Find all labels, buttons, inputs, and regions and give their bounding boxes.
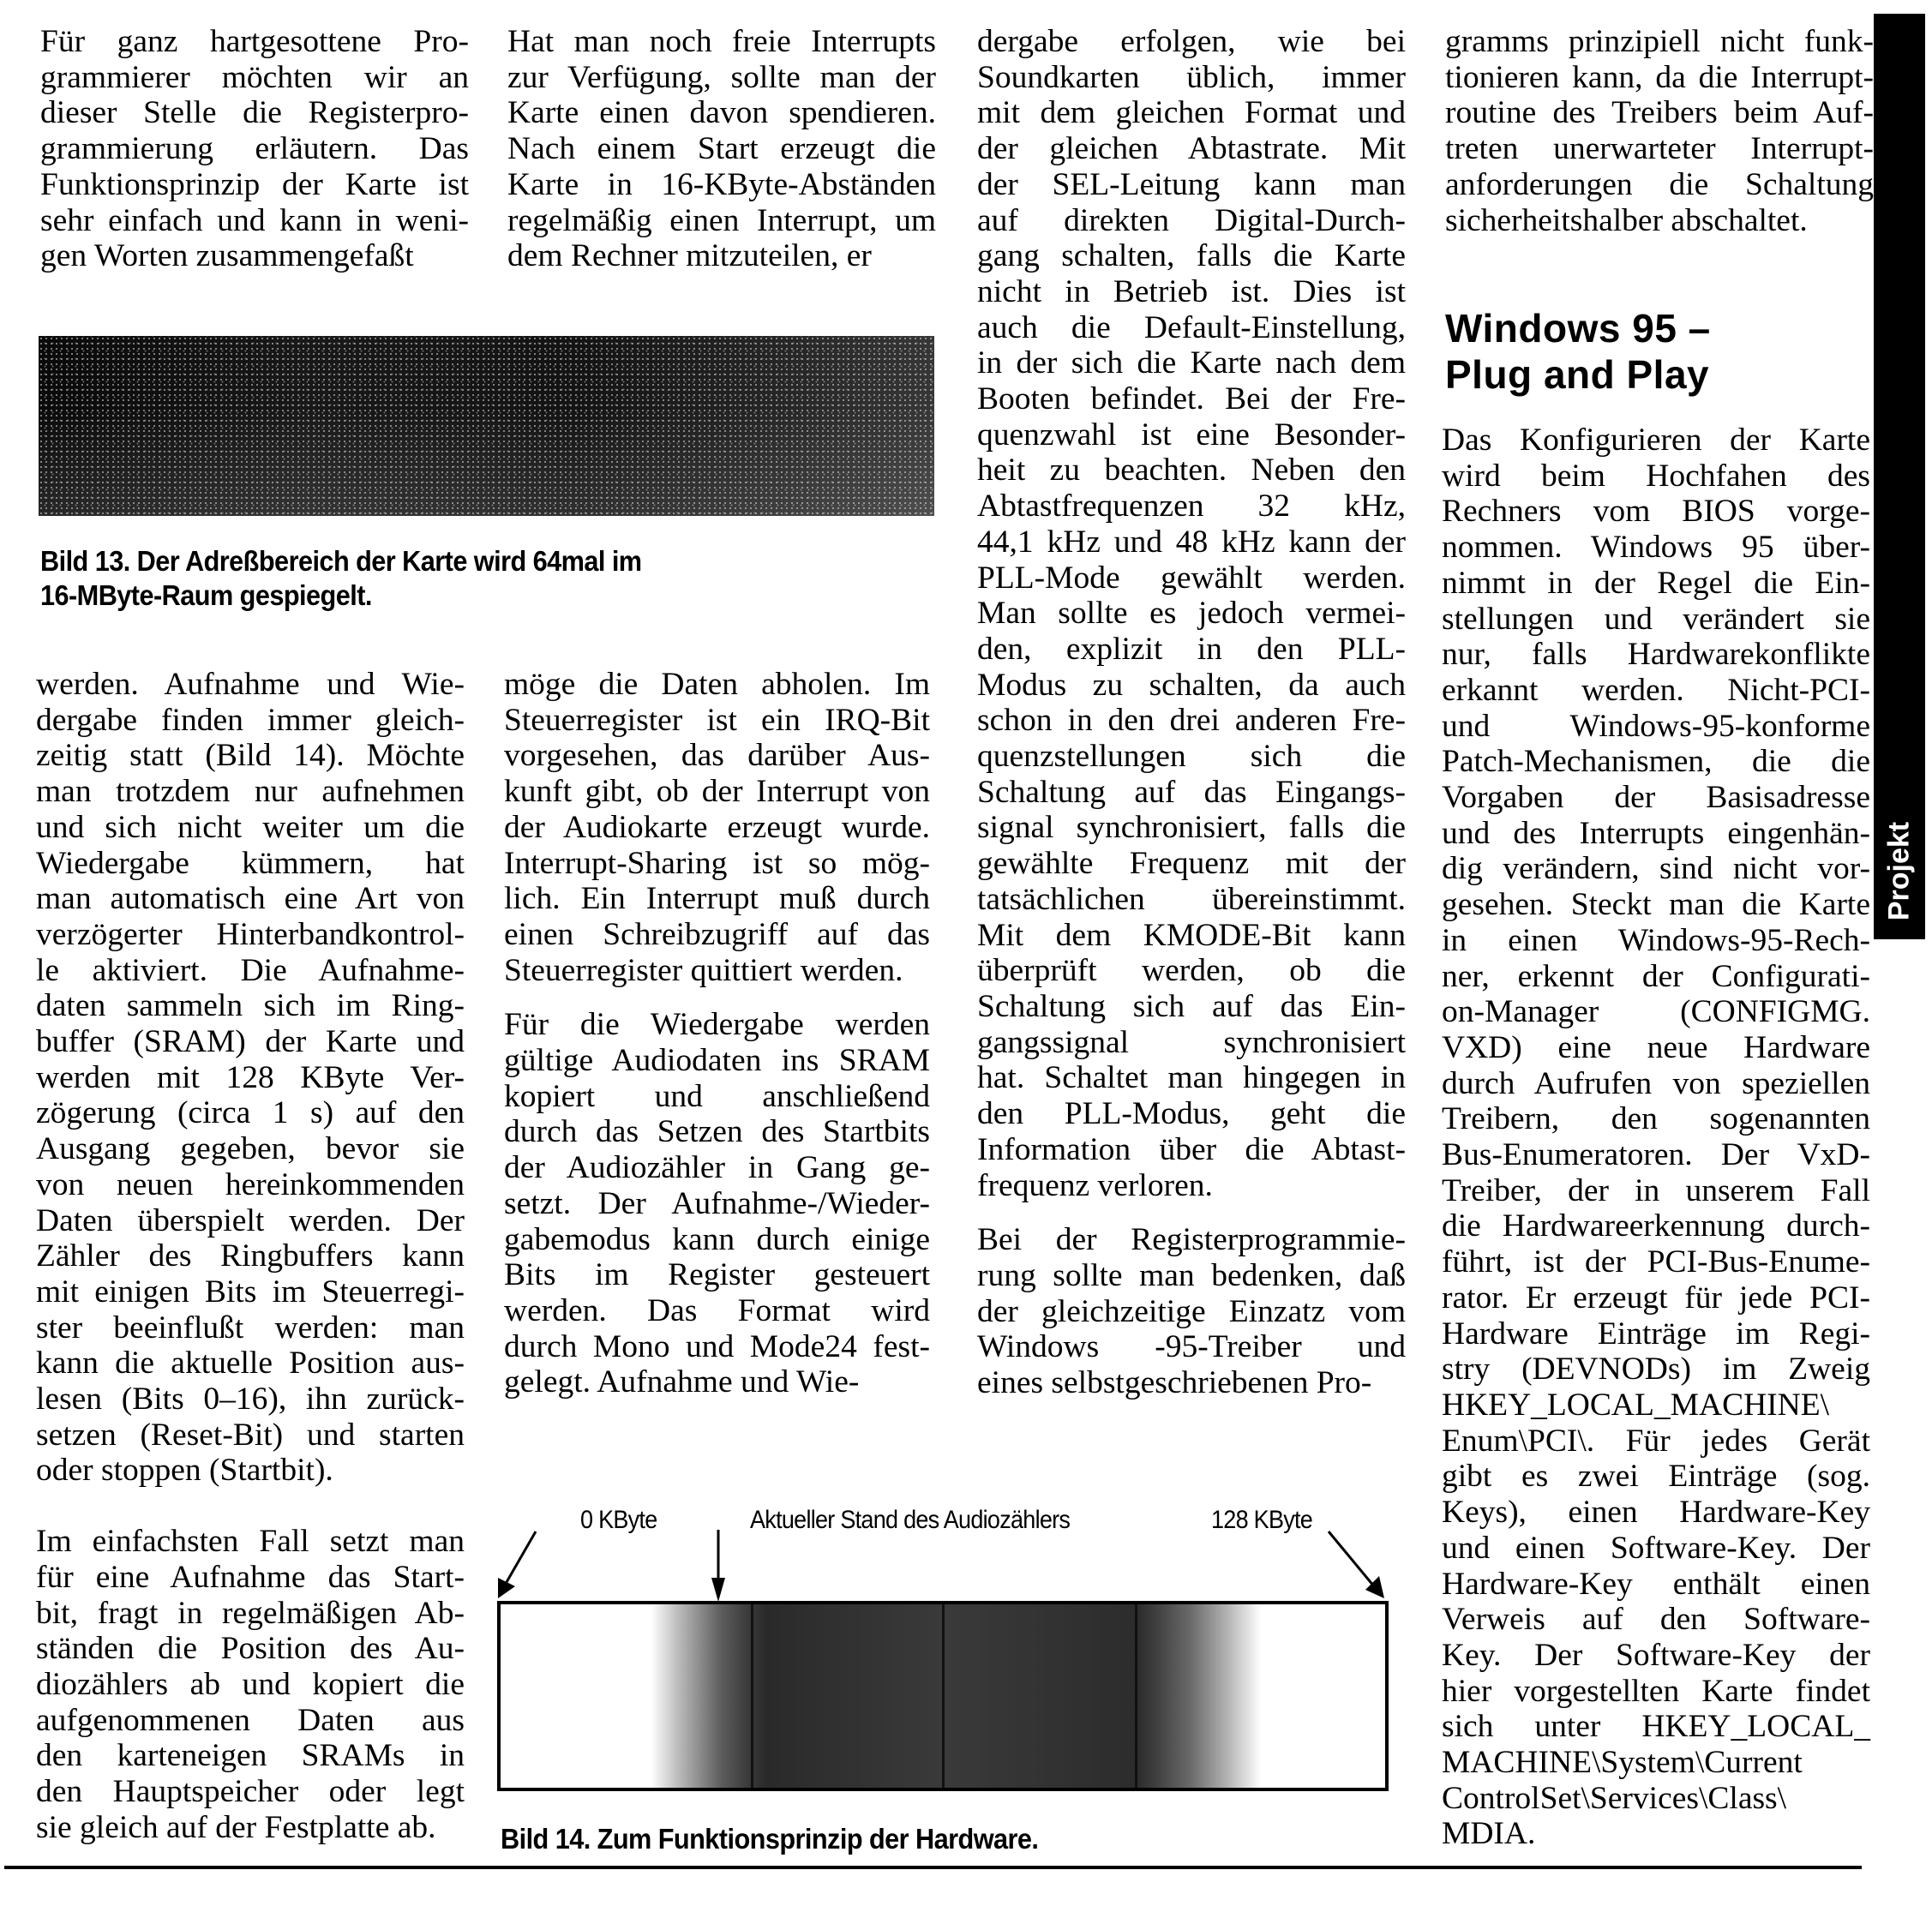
text-line: PLL-Mode gewählt werden. [977, 560, 1406, 596]
text-line: Schaltung sich auf das Ein- [977, 989, 1406, 1025]
text-line: verzögerter Hinterbandkontrol- [36, 917, 465, 953]
column-2-top-text: Hat man noch freie Interruptszur Verfügu… [507, 24, 936, 274]
text-line: Schaltung auf das Eingangs- [977, 775, 1406, 811]
section-heading: Windows 95 – Plug and Play [1445, 305, 1711, 398]
text-line: eines selbstgeschriebenen Pro- [977, 1365, 1406, 1401]
text-line: rator. Er erzeugt für jede PCI- [1442, 1280, 1870, 1316]
text-line: setzt. Der Aufnahme-/Wieder- [504, 1186, 930, 1222]
text-line: 44,1 kHz und 48 kHz kann der [977, 524, 1406, 560]
text-line: Soundkarten üblich, immer [977, 60, 1406, 96]
text-line: ControlSet\Services\Class\ [1442, 1781, 1870, 1817]
text-line: schon in den drei anderen Fre- [977, 703, 1406, 739]
text-line: Hardware Einträge im Regi- [1442, 1316, 1870, 1352]
text-line: sicherheitshalber abschaltet. [1445, 203, 1874, 239]
paragraph: Für die Wiedergabe werdengültige Audioda… [504, 1007, 930, 1400]
text-line: Patch-Mechanismen, die die [1442, 744, 1870, 780]
text-line: diozählers ab und kopiert die [36, 1667, 465, 1703]
text-line: hat. Schaltet man hingegen in [977, 1060, 1406, 1096]
text-line: gültige Audiodaten ins SRAM [504, 1043, 930, 1079]
text-line: Rechners vom BIOS vorge- [1442, 494, 1870, 530]
text-line: auch die Default-Einstellung, [977, 310, 1406, 346]
section-heading-line-2: Plug and Play [1445, 351, 1711, 398]
text-line: Wiedergabe kümmern, hat [36, 846, 465, 882]
text-line: von neuen hereinkommenden [36, 1167, 465, 1203]
text-line: gangssignal synchronisiert [977, 1025, 1406, 1061]
column-4-bottom-text: Das Konfigurieren der Kartewird beim Hoc… [1442, 423, 1870, 1852]
text-line: ner, erkennt der Configurati- [1442, 959, 1870, 995]
text-line: Ausgang gegeben, bevor sie [36, 1131, 465, 1167]
column-3-text: dergabe erfolgen, wie beiSoundkarten übl… [977, 24, 1406, 1401]
text-line: sie gleich auf der Festplatte ab. [36, 1810, 465, 1846]
text-line: Nach einem Start erzeugt die [507, 131, 936, 167]
text-line: in der sich die Karte nach dem [977, 345, 1406, 381]
text-line: Enum\PCI\. Für jedes Gerät [1442, 1424, 1870, 1459]
text-line: gewählte Frequenz mit der [977, 846, 1406, 882]
text-line: zögerung (circa 1 s) auf den [36, 1095, 465, 1131]
text-line: Daten überspielt werden. Der [36, 1203, 465, 1239]
figure-13-caption-line-1: Bild 13. Der Adreßbereich der Karte wird… [40, 544, 642, 578]
text-line: werden. Aufnahme und Wie- [36, 667, 465, 703]
text-line: vorgesehen, das darüber Aus- [504, 738, 930, 774]
text-line: gramms prinzipiell nicht funk- [1445, 24, 1874, 60]
text-line: nur, falls Hardwarekonflikte [1442, 637, 1870, 673]
section-tab-label: Projekt [1883, 816, 1917, 927]
text-line: dig verändern, sind nicht vor- [1442, 851, 1870, 887]
text-line: und des Interrupts eingenhän- [1442, 816, 1870, 852]
text-line: treten unerwarteter Interrupt- [1445, 131, 1874, 167]
text-line: sehr einfach und kann in weni- [40, 203, 469, 239]
text-line: für eine Aufnahme das Start- [36, 1560, 465, 1596]
text-line: buffer (SRAM) der Karte und [36, 1024, 465, 1060]
text-line: Abtastfrequenzen 32 kHz, [977, 488, 1406, 524]
text-line: gabemodus kann durch einige [504, 1222, 930, 1258]
column-4-top-text: gramms prinzipiell nicht funk-tionieren … [1445, 24, 1874, 238]
text-line: quenzwahl ist eine Besonder- [977, 417, 1406, 453]
text-line: man trotzdem nur aufnehmen [36, 774, 465, 810]
text-line: VXD) eine neue Hardware [1442, 1030, 1870, 1066]
text-line: stry (DEVNODs) im Zweig [1442, 1352, 1870, 1388]
segment-divider [942, 1604, 945, 1788]
paragraph: möge die Daten abholen. ImSteuerregister… [504, 667, 930, 988]
text-line: Man sollte es jedoch vermei- [977, 596, 1406, 632]
text-line: Booten befindet. Bei der Fre- [977, 381, 1406, 417]
text-line: quenzstellungen sich die [977, 739, 1406, 775]
text-line: durch Mono und Mode24 fest- [504, 1329, 930, 1365]
ring-buffer-bar [497, 1601, 1389, 1791]
text-line: in einen Windows-95-Rech- [1442, 923, 1870, 959]
section-heading-line-1: Windows 95 – [1445, 305, 1711, 351]
text-line: Vorgaben der Basisadresse [1442, 780, 1870, 816]
text-line: den, explizit in den PLL- [977, 632, 1406, 668]
text-line: dergabe erfolgen, wie bei [977, 24, 1406, 60]
text-line: MDIA. [1442, 1816, 1870, 1852]
text-line: frequenz verloren. [977, 1168, 1406, 1204]
figure-13-caption: Bild 13. Der Adreßbereich der Karte wird… [40, 544, 642, 613]
text-line: Das Konfigurieren der Karte [1442, 423, 1870, 459]
text-line: der SEL-Leitung kann man [977, 167, 1406, 203]
text-line: Steuerregister quittiert werden. [504, 953, 930, 989]
text-line: mit dem gleichen Format und [977, 95, 1406, 131]
text-line: le aktiviert. Die Aufnahme- [36, 953, 465, 989]
text-line: werden. Das Format wird [504, 1293, 930, 1329]
text-line: wird beim Hochfahen des [1442, 459, 1870, 494]
text-line: oder stoppen (Startbit). [36, 1453, 465, 1489]
text-line: führt, ist der PCI-Bus-Enume- [1442, 1244, 1870, 1280]
text-line: durch das Setzen des Startbits [504, 1114, 930, 1150]
text-line: Windows -95-Treiber und [977, 1329, 1406, 1365]
text-line: und sich nicht weiter um die [36, 810, 465, 846]
text-line: durch Aufrufen von speziellen [1442, 1066, 1870, 1102]
text-line: und einen Software-Key. Der [1442, 1531, 1870, 1567]
text-line: Bus-Enumeratoren. Der VxD- [1442, 1137, 1870, 1173]
text-line: Mit dem KMODE-Bit kann [977, 918, 1406, 954]
text-line: werden mit 128 KByte Ver- [36, 1060, 465, 1096]
text-line: Interrupt-Sharing ist so mög- [504, 846, 930, 882]
column-2-bottom-text: möge die Daten abholen. ImSteuerregister… [504, 667, 930, 1400]
text-line: dem Rechner mitzuteilen, er [507, 238, 936, 274]
text-line: HKEY_LOCAL_MACHINE\ [1442, 1388, 1870, 1424]
text-line: überprüft werden, ob die [977, 953, 1406, 989]
text-line: routine des Treibers beim Auf- [1445, 95, 1874, 131]
text-line: Bei der Registerprogrammie- [977, 1222, 1406, 1258]
text-line: man automatisch eine Art von [36, 881, 465, 917]
page-bottom-rule [4, 1866, 1862, 1869]
section-tab: Projekt [1874, 14, 1925, 939]
text-line: der gleichen Abtastrate. Mit [977, 131, 1406, 167]
text-line: und Windows-95-konforme [1442, 709, 1870, 745]
text-line: aufgenommenen Daten aus [36, 1703, 465, 1739]
text-line: der Audiokarte erzeugt wurde. [504, 810, 930, 846]
text-line: mit einigen Bits im Steuerregi- [36, 1274, 465, 1310]
paragraph: Bei der Registerprogrammie-rung sollte m… [977, 1222, 1406, 1401]
text-line: MACHINE\System\Current [1442, 1745, 1870, 1781]
text-line: ster beeinflußt werden: man [36, 1310, 465, 1346]
column-1-top-text: Für ganz hartgesottene Pro-grammierer mö… [40, 24, 469, 274]
arrows-icon [493, 1495, 1401, 1607]
text-line: kann die aktuelle Position aus- [36, 1346, 465, 1382]
text-line: gesehen. Steckt man die Karte [1442, 887, 1870, 923]
text-line: den PLL-Modus, geht die [977, 1096, 1406, 1132]
text-line: Keys), einen Hardware-Key [1442, 1495, 1870, 1531]
text-line: tatsächlichen übereinstimmt. [977, 882, 1406, 918]
text-line: Information über die Abtast- [977, 1132, 1406, 1168]
text-line: gibt es zwei Einträge (sog. [1442, 1459, 1870, 1495]
text-line: zeitig statt (Bild 14). Möchte [36, 738, 465, 774]
text-line: Hat man noch freie Interrupts [507, 24, 936, 60]
text-line: gen Worten zusammengefaßt [40, 238, 469, 274]
text-line: grammierung erläutern. Das [40, 131, 469, 167]
text-line: Modus zu schalten, da auch [977, 668, 1406, 704]
text-line: Hardware-Key enthält einen [1442, 1567, 1870, 1603]
text-line: Für die Wiedergabe werden [504, 1007, 930, 1043]
text-line: heit zu beachten. Neben den [977, 453, 1406, 488]
text-line: dergabe finden immer gleich- [36, 703, 465, 739]
text-line: den karteneigen SRAMs in [36, 1738, 465, 1774]
figure-14-diagram: 0 KByte Aktueller Stand des Audiozählers… [493, 1495, 1401, 1800]
paragraph: dergabe erfolgen, wie beiSoundkarten übl… [977, 24, 1406, 1203]
text-line: den Hauptspeicher oder legt [36, 1774, 465, 1810]
text-line: Verweis auf den Software- [1442, 1602, 1870, 1638]
text-line: hier vorgestellten Karte findet [1442, 1674, 1870, 1710]
column-1-bottom-text: werden. Aufnahme und Wie-dergabe finden … [36, 667, 465, 1846]
text-line: einen Schreibzugriff auf das [504, 917, 930, 953]
text-line: regelmäßig einen Interrupt, um [507, 203, 936, 239]
text-line: rung sollte man bedenken, daß [977, 1258, 1406, 1294]
text-line: nicht in Betrieb ist. Dies ist [977, 274, 1406, 310]
text-line: der Audiozähler in Gang ge- [504, 1150, 930, 1186]
text-line: gelegt. Aufnahme und Wie- [504, 1364, 930, 1400]
text-line: auf direkten Digital-Durch- [977, 203, 1406, 239]
text-line: tionieren kann, da die Interrupt- [1445, 60, 1874, 96]
paragraph: Im einfachsten Fall setzt manfür eine Au… [36, 1524, 465, 1845]
text-line: ständen die Position des Au- [36, 1631, 465, 1667]
text-line: Zähler des Ringbuffers kann [36, 1238, 465, 1274]
text-line: sich unter HKEY_LOCAL_ [1442, 1709, 1870, 1745]
segment-divider [1135, 1604, 1137, 1788]
text-line: on-Manager (CONFIGMG. [1442, 994, 1870, 1030]
text-line: der gleichzeitige Einzatz vom [977, 1294, 1406, 1330]
text-line: Karte einen davon spendieren. [507, 95, 936, 131]
figure-14-caption: Bild 14. Zum Funktionsprinzip der Hardwa… [501, 1822, 1038, 1856]
text-line: anforderungen die Schaltung [1445, 167, 1874, 203]
text-line: Karte in 16-KByte-Abständen [507, 167, 936, 203]
text-line: erkannt werden. Nicht-PCI- [1442, 673, 1870, 709]
text-line: kunft gibt, ob der Interrupt von [504, 774, 930, 810]
text-line: dieser Stelle die Registerpro- [40, 95, 469, 131]
figure-13-caption-line-2: 16-MByte-Raum gespiegelt. [40, 578, 642, 613]
text-line: nimmt in der Regel die Ein- [1442, 566, 1870, 602]
text-line: Für ganz hartgesottene Pro- [40, 24, 469, 60]
text-line: lesen (Bits 0–16), ihn zurück- [36, 1382, 465, 1418]
text-line: Bits im Register gesteuert [504, 1257, 930, 1293]
segment-divider [751, 1604, 753, 1788]
text-line: Key. Der Software-Key der [1442, 1638, 1870, 1674]
text-line: kopiert und anschließend [504, 1079, 930, 1115]
text-line: signal synchronisiert, falls die [977, 810, 1406, 846]
text-line: setzen (Reset-Bit) und starten [36, 1418, 465, 1453]
text-line: Funktionsprinzip der Karte ist [40, 167, 469, 203]
text-line: zur Verfügung, sollte man der [507, 60, 936, 96]
figure-13-image [39, 336, 934, 516]
text-line: nommen. Windows 95 über- [1442, 530, 1870, 566]
paragraph: werden. Aufnahme und Wie-dergabe finden … [36, 667, 465, 1489]
text-line: grammierer möchten wir an [40, 60, 469, 96]
text-line: Treibern, den sogenannten [1442, 1101, 1870, 1137]
text-line: gang schalten, falls die Karte [977, 238, 1406, 274]
text-line: die Hardwareerkennung durch- [1442, 1208, 1870, 1244]
text-line: Steuerregister ist ein IRQ-Bit [504, 703, 930, 739]
text-line: möge die Daten abholen. Im [504, 667, 930, 703]
text-line: Treiber, der in unserem Fall [1442, 1173, 1870, 1209]
text-line: daten sammeln sich im Ring- [36, 988, 465, 1024]
text-line: lich. Ein Interrupt muß durch [504, 881, 930, 917]
text-line: Im einfachsten Fall setzt man [36, 1524, 465, 1560]
text-line: stellungen und verändert sie [1442, 602, 1870, 638]
text-line: bit, fragt in regelmäßigen Ab- [36, 1596, 465, 1632]
